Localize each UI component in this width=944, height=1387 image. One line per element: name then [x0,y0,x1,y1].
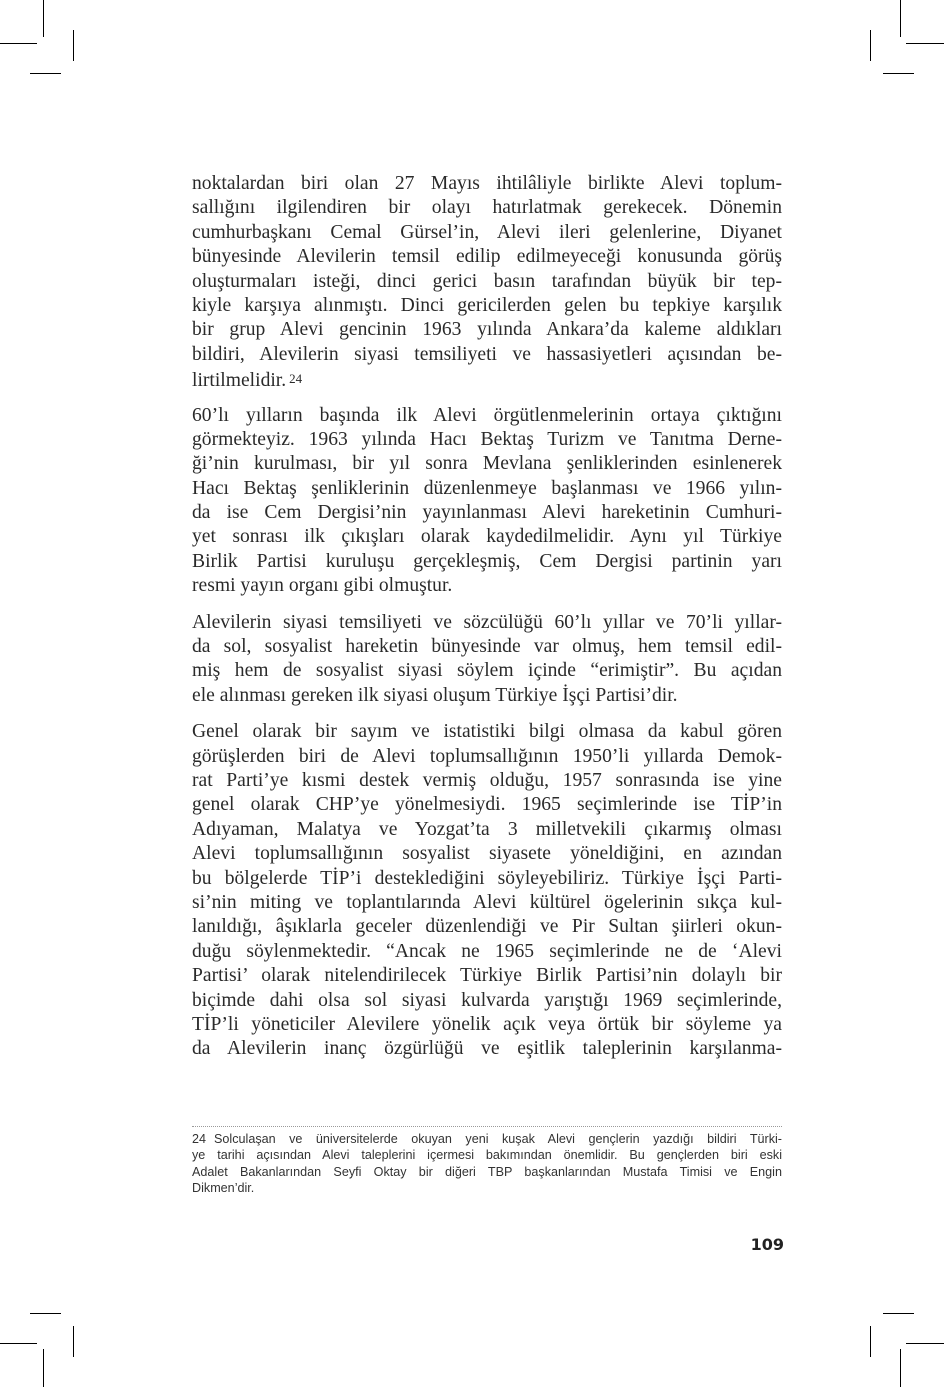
crop-mark-top-right-h-outer [906,43,944,44]
text-line: sallığını ilgilendiren bir olayı hatırla… [192,196,782,220]
text-line: si’nin miting ve toplantılarında Alevi k… [192,891,782,915]
crop-mark-bottom-left-v-outer [43,1349,44,1387]
crop-mark-bottom-right-h-outer [906,1343,944,1344]
text-line: lirtilmelidir.24 [192,367,782,391]
text-line: kiyle karşıya alınmıştı. Dinci gericiler… [192,294,782,318]
crop-mark-bottom-right-h-inner [883,1313,914,1314]
text-line: cumhurbaşkanı Cemal Gürsel’in, Alevi ile… [192,221,782,245]
text-line: rat Parti’ye kısmi destek vermiş olduğu,… [192,769,782,793]
paragraph-1: noktalardan biri olan 27 Mayıs ihtilâliy… [192,172,782,392]
crop-mark-bottom-right-v-inner [870,1326,871,1357]
footnote-line: Dikmen’dir. [192,1180,782,1196]
footnote-reference[interactable]: 24 [289,371,302,386]
text-line: genel olarak CHP’ye yönelmesiydi. 1965 s… [192,793,782,817]
crop-mark-top-left-h-outer [0,43,37,44]
text-line: ği’nin kurulması, bir yıl sonra Mevlana … [192,452,782,476]
text-line: Hacı Bektaş şenliklerinin düzenlenmeye b… [192,477,782,501]
crop-mark-top-right-h-inner [883,73,914,74]
text-line: Alevilerin siyasi temsiliyeti ve sözcülü… [192,611,782,635]
crop-mark-top-left-v-inner [73,30,74,61]
paragraph-2: 60’lı yılların başında ilk Alevi örgütle… [192,404,782,599]
crop-mark-bottom-left-h-inner [30,1313,61,1314]
text-line: görmekteyiz. 1963 yılında Hacı Bektaş Tu… [192,428,782,452]
footnote: 24Solculaşan ve üniversitelerde okuyan y… [192,1131,782,1197]
crop-mark-bottom-left-v-inner [73,1326,74,1357]
text-line: noktalardan biri olan 27 Mayıs ihtilâliy… [192,172,782,196]
footnote-line: Adalet Bakanlarından Seyfi Oktay bir diğ… [192,1164,782,1180]
crop-mark-bottom-right-v-outer [900,1349,901,1387]
text-line: görüşlerden biri de Alevi toplumsallığın… [192,745,782,769]
footnote-divider [192,1126,782,1127]
text-line: ele alınması gereken ilk siyasi oluşum T… [192,684,782,708]
text-line: bir grup Alevi gencinin 1963 yılında Ank… [192,318,782,342]
text-line: resmi yayın organı gibi olmuştur. [192,574,782,598]
crop-mark-top-left-h-inner [30,73,61,74]
page-number: 109 [744,1235,784,1254]
crop-mark-bottom-left-h-outer [0,1343,37,1344]
text-line: bünyesinde Alevilerin temsil edilip edil… [192,245,782,269]
text-line: biçimde dahi olsa sol siyasi kulvarda ya… [192,989,782,1013]
text-line: yet sonrası ilk çıkışları olarak kaydedi… [192,525,782,549]
crop-mark-top-right-v-outer [900,0,901,37]
text-line-content: lirtilmelidir. [192,370,286,391]
text-line: 60’lı yılların başında ilk Alevi örgütle… [192,404,782,428]
text-line: Adıyaman, Malatya ve Yozgat’ta 3 milletv… [192,818,782,842]
crop-mark-top-right-v-inner [870,30,871,61]
paragraph-3: Alevilerin siyasi temsiliyeti ve sözcülü… [192,611,782,709]
footnote-line: ye tarihi açısından Alevi taleplerini iç… [192,1147,782,1163]
footnote-number: 24 [192,1132,206,1146]
text-line: TİP’li yöneticiler Alevilere yönelik açı… [192,1013,782,1037]
footnote-text: Solculaşan ve üniversitelerde okuyan yen… [214,1132,782,1146]
text-line: da Alevilerin inanç özgürlüğü ve eşitlik… [192,1037,782,1061]
text-line: Birlik Partisi kuruluşu gerçekleşmiş, Ce… [192,550,782,574]
text-line: lanıldığı, âşıklarla geceler düzenlendiğ… [192,915,782,939]
text-line: Alevi toplumsallığının sosyalist siyaset… [192,842,782,866]
paragraph-4: Genel olarak bir sayım ve istatistiki bi… [192,720,782,1061]
text-line: bildiri, Alevilerin siyasi temsiliyeti v… [192,343,782,367]
text-line: duğu söylenmektedir. “Ancak ne 1965 seçi… [192,940,782,964]
text-line: Partisi’ olarak nitelendirilecek Türkiye… [192,964,782,988]
text-line: bu bölgelerde TİP’i desteklediğini söyle… [192,867,782,891]
crop-mark-top-left-v-outer [43,0,44,37]
text-line: miş hem de sosyalist siyasi söylem içind… [192,659,782,683]
footnote-line: 24Solculaşan ve üniversitelerde okuyan y… [192,1131,782,1147]
text-line: da sol, sosyalist hareketin bünyesinde v… [192,635,782,659]
text-line: da ise Cem Dergisi’nin yayınlanması Alev… [192,501,782,525]
text-line: Genel olarak bir sayım ve istatistiki bi… [192,720,782,744]
text-line: oluşturmaları isteği, dinci gerici basın… [192,270,782,294]
page-body: noktalardan biri olan 27 Mayıs ihtilâliy… [192,172,782,1074]
